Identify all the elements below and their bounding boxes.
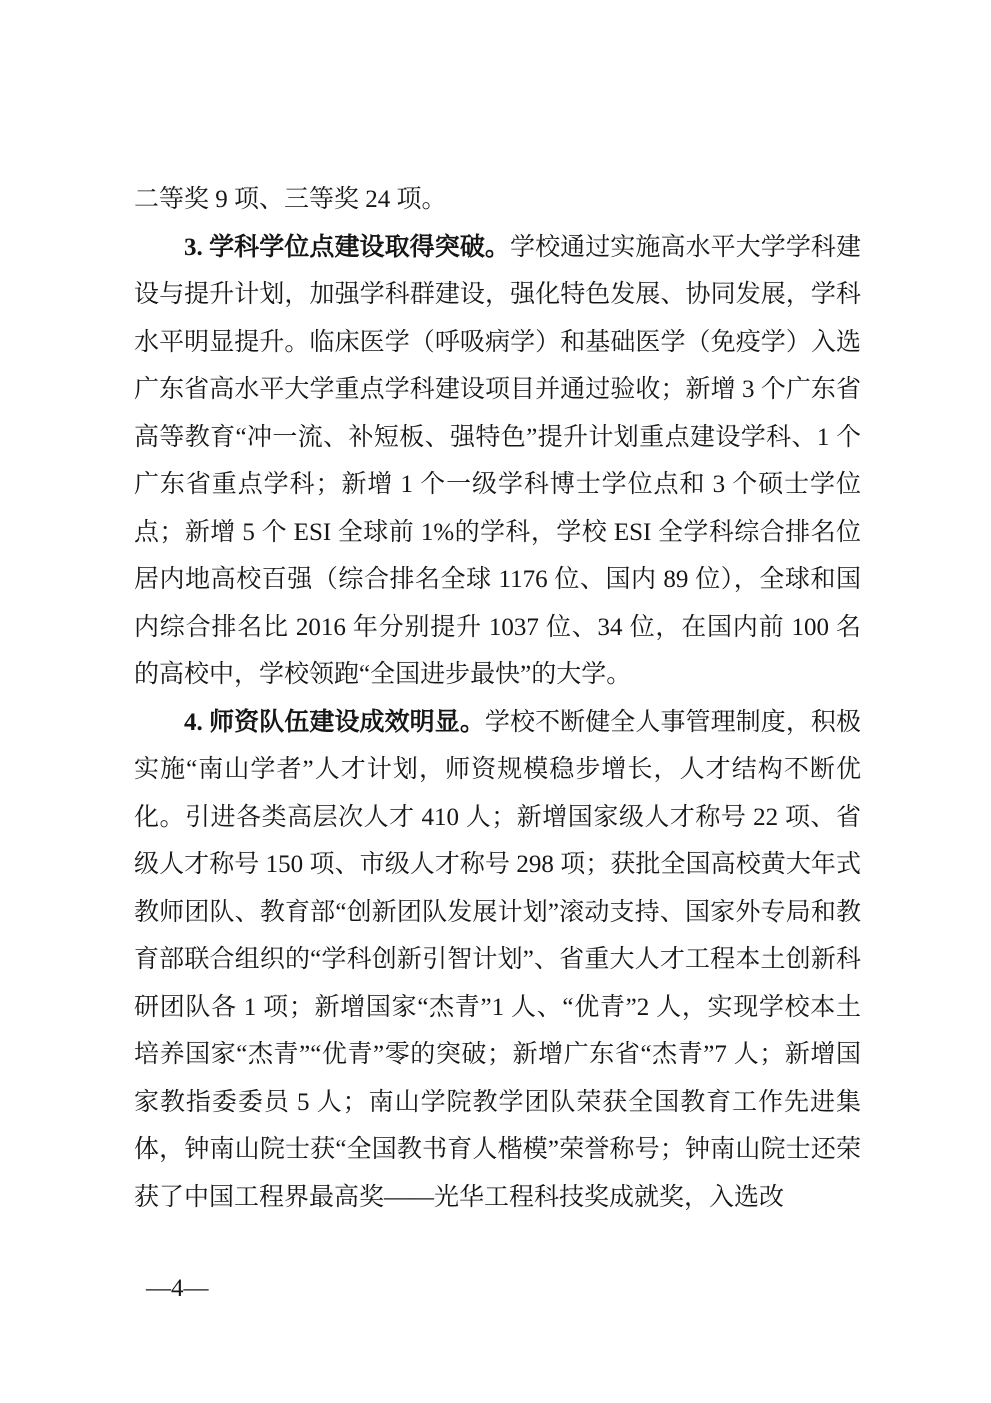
- paragraph-section-3: 3. 学科学位点建设取得突破。学校通过实施高水平大学学科建设与提升计划，加强学科…: [134, 224, 861, 699]
- page-number: —4—: [146, 1274, 209, 1303]
- paragraph-text: 学校通过实施高水平大学学科建设与提升计划，加强学科群建设，强化特色发展、协同发展…: [134, 234, 861, 689]
- paragraph-text: 学校不断健全人事管理制度，积极实施“南山学者”人才计划，师资规模稳步增长，人才结…: [134, 709, 861, 1211]
- paragraph-continuation: 二等奖 9 项、三等奖 24 项。: [134, 176, 861, 224]
- document-page: 二等奖 9 项、三等奖 24 项。 3. 学科学位点建设取得突破。学校通过实施高…: [0, 0, 991, 1403]
- paragraph-heading: 3. 学科学位点建设取得突破。: [184, 234, 510, 261]
- paragraph-heading: 4. 师资队伍建设成效明显。: [184, 709, 485, 736]
- paragraph-section-4: 4. 师资队伍建设成效明显。学校不断健全人事管理制度，积极实施“南山学者”人才计…: [134, 699, 861, 1222]
- paragraph-text: 二等奖 9 项、三等奖 24 项。: [134, 186, 447, 213]
- document-body: 二等奖 9 项、三等奖 24 项。 3. 学科学位点建设取得突破。学校通过实施高…: [134, 176, 861, 1221]
